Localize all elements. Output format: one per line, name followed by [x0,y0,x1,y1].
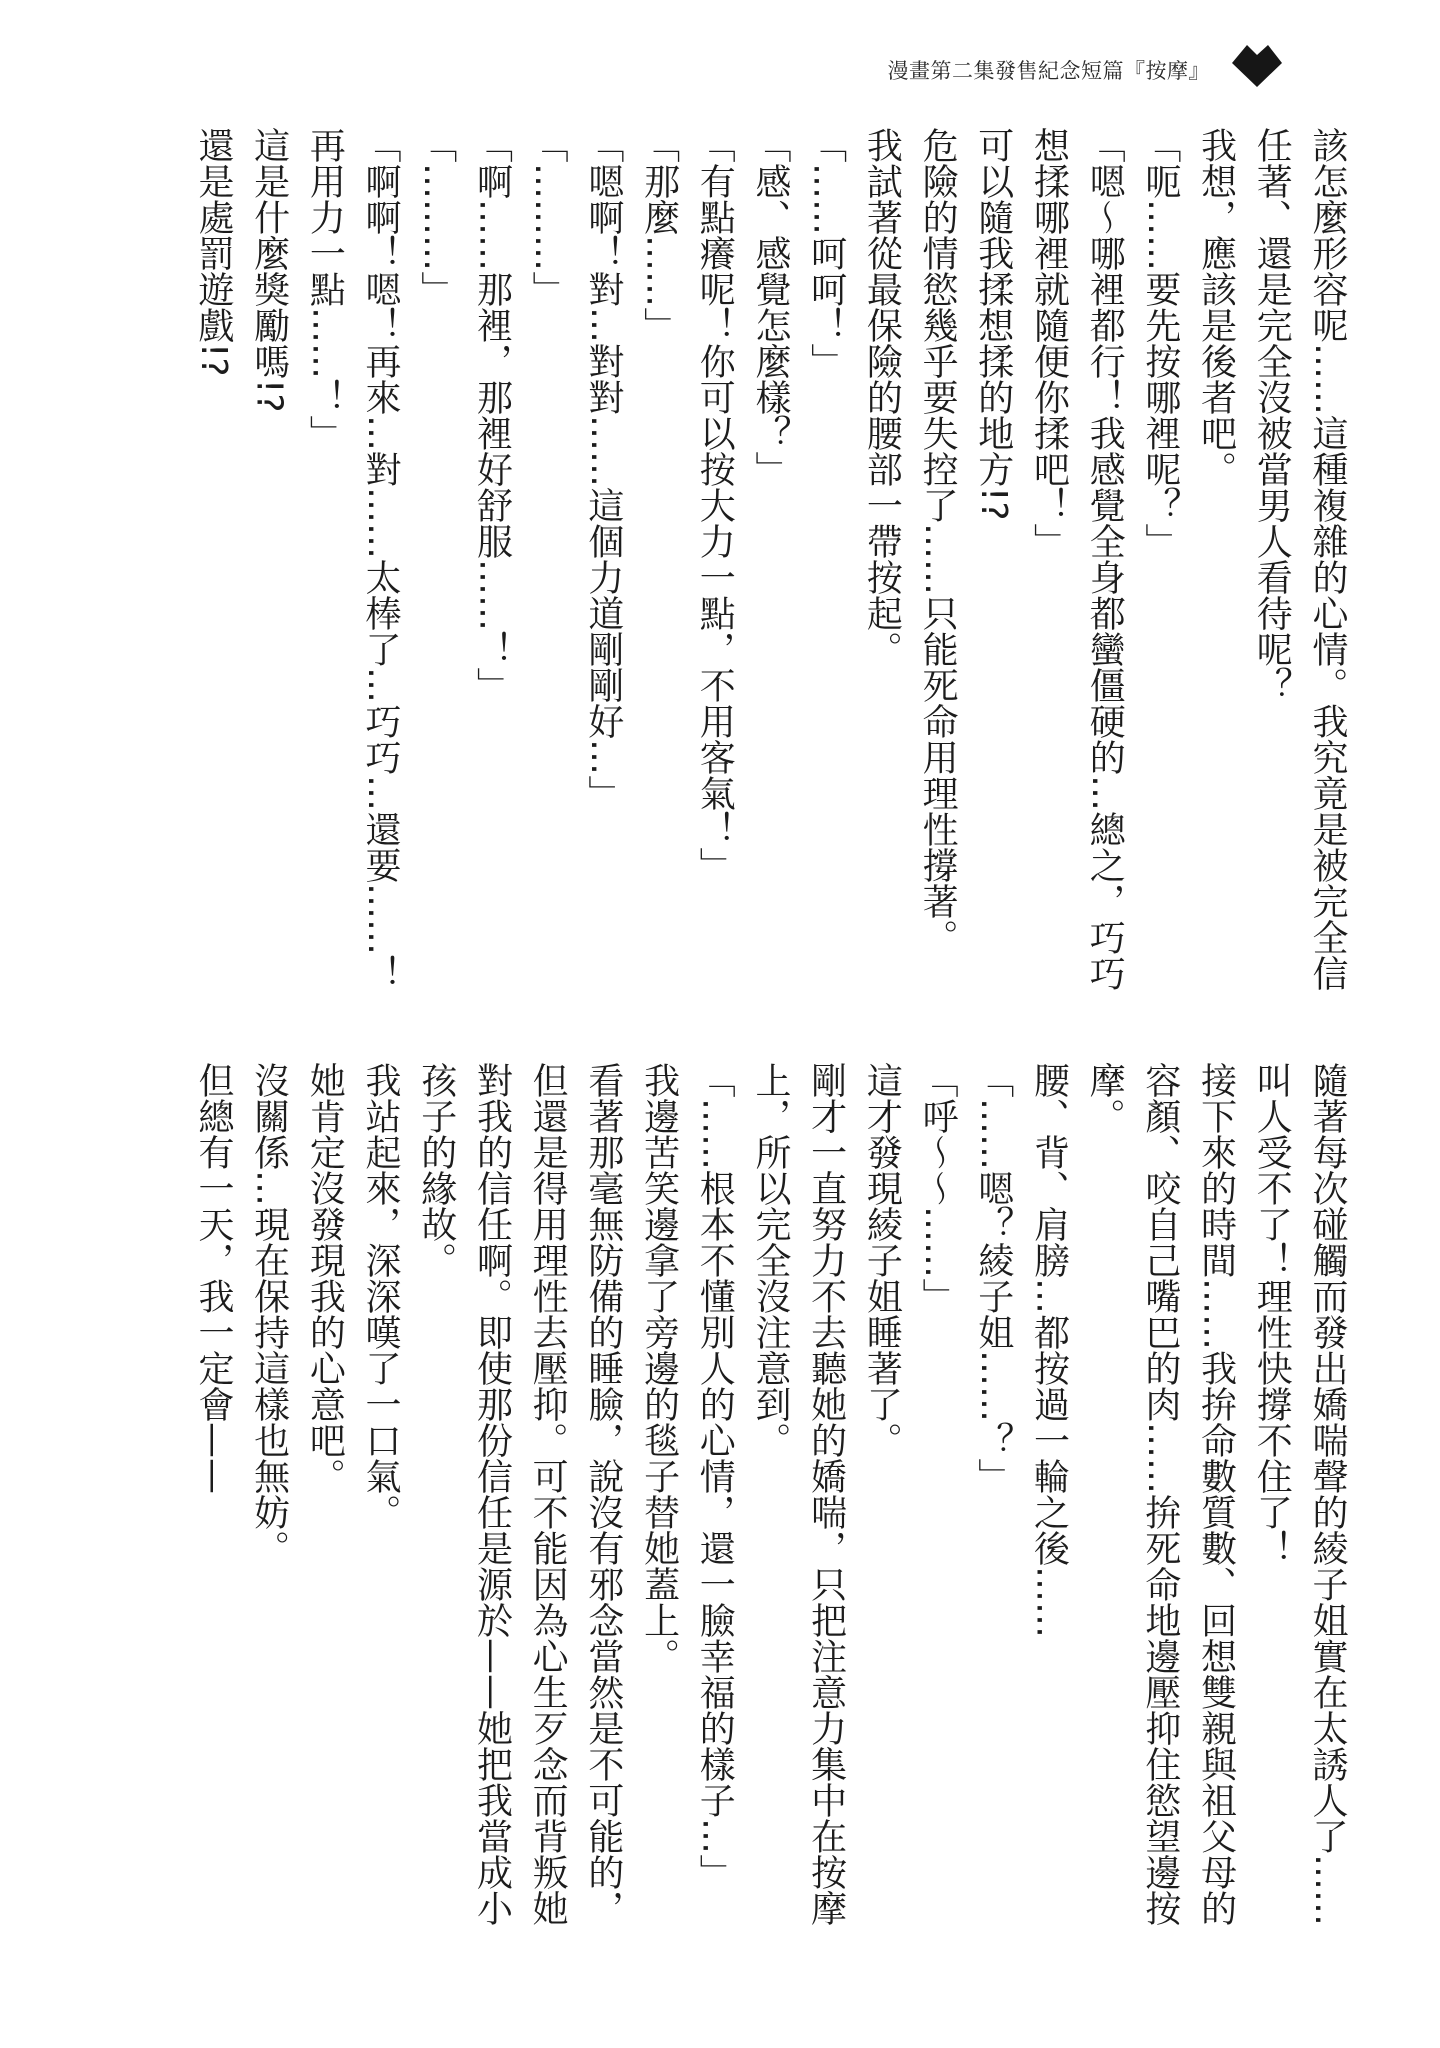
dialogue-column: 「感、感覺怎麼樣？」 [742,127,798,1007]
text-column: 但總有一天，我一定會—— [185,1062,241,1952]
dialogue-column: 「……呵呵！」 [798,127,854,1007]
text-column: 危險的情慾幾乎要失控了……只能死命用理性撐著。 [909,127,965,1007]
text-column: 腰、背、肩膀…都按過一輪之後…… [1021,1062,1077,1952]
dialogue-column: 「那麼……」 [631,127,687,1007]
text-column: 她肯定沒發現我的心意吧。 [297,1062,353,1952]
text-column: 我想，應該是後者吧。 [1188,127,1244,1007]
text-column: 我試著從最保險的腰部一帶按起。 [854,127,910,1007]
dialogue-column: 「呃……要先按哪裡呢？」 [1132,127,1188,1007]
heart-icon-shape [1232,43,1282,87]
text-column: 我邊苦笑邊拿了旁邊的毯子替她蓋上。 [631,1062,687,1952]
dialogue-column: 「………」 [408,127,464,1007]
dialogue-column: 「啊啊！嗯！再來…對……太棒了…巧巧…還要……！ [352,127,408,1007]
dialogue-column: 「……嗯？綾子姐……？」 [965,1062,1021,1952]
text-column: 剛才一直努力不去聽她的嬌喘，只把注意力集中在按摩 [798,1062,854,1952]
text-block-bottom: 隨著每次碰觸而發出嬌喘聲的綾子姐實在太誘人了…… 叫人受不了！理性快撐不住了！ … [185,1062,1355,1952]
text-block-top: 該怎麼形容呢……這種複雜的心情。我究竟是被完全信 任著、還是完全沒被當男人看待呢… [185,127,1355,1007]
text-column: 對我的信任啊。即使那份信任是源於——她把我當成小 [464,1062,520,1952]
text-column: 該怎麼形容呢……這種複雜的心情。我究竟是被完全信 [1299,127,1355,1007]
dialogue-column: 想揉哪裡就隨便你揉吧！」 [1021,127,1077,1007]
dialogue-column: 「………」 [519,127,575,1007]
dialogue-column: 「……根本不懂別人的心情，還一臉幸福的樣子…」 [687,1062,743,1952]
dialogue-column: 「呼～～……」 [909,1062,965,1952]
text-column: 接下來的時間……我拚命數質數、回想雙親與祖父母的 [1188,1062,1244,1952]
text-column: 叫人受不了！理性快撐不住了！ [1244,1062,1300,1952]
dialogue-column: 「嗯～哪裡都行！我感覺全身都蠻僵硬的…總之，巧巧 [1076,127,1132,1007]
text-column: 但還是得用理性去壓抑。可不能因為心生歹念而背叛她 [519,1062,575,1952]
dialogue-column: 再用力一點……！」 [297,127,353,1007]
text-column: 看著那毫無防備的睡臉，說沒有邪念當然是不可能的， [575,1062,631,1952]
text-column: 上，所以完全沒注意到。 [742,1062,798,1952]
text-column: 這是什麼獎勵嗎!? [241,127,297,1007]
heart-icon [1232,43,1282,87]
text-column: 隨著每次碰觸而發出嬌喘聲的綾子姐實在太誘人了…… [1299,1062,1355,1952]
running-header-title: 漫畫第二集發售紀念短篇『按摩』 [888,56,1211,86]
text-column: 容顏、咬自己嘴巴的肉……拚死命地邊壓抑住慾望邊按 [1132,1062,1188,1952]
text-column: 我站起來，深深嘆了一口氣。 [352,1062,408,1952]
dialogue-column: 「嗯啊！對…對對……這個力道剛剛好…」 [575,127,631,1007]
dialogue-column: 「有點癢呢！你可以按大力一點，不用客氣！」 [687,127,743,1007]
text-column: 這才發現綾子姐睡著了。 [854,1062,910,1952]
dialogue-column: 「啊……那裡，那裡好舒服……！」 [464,127,520,1007]
text-column: 任著、還是完全沒被當男人看待呢？ [1244,127,1300,1007]
text-column: 可以隨我揉想揉的地方!? [965,127,1021,1007]
text-column: 沒關係…現在保持這樣也無妨。 [241,1062,297,1952]
text-column: 孩子的緣故。 [408,1062,464,1952]
text-column: 摩。 [1076,1062,1132,1952]
text-column: 還是處罰遊戲!? [185,127,241,1007]
